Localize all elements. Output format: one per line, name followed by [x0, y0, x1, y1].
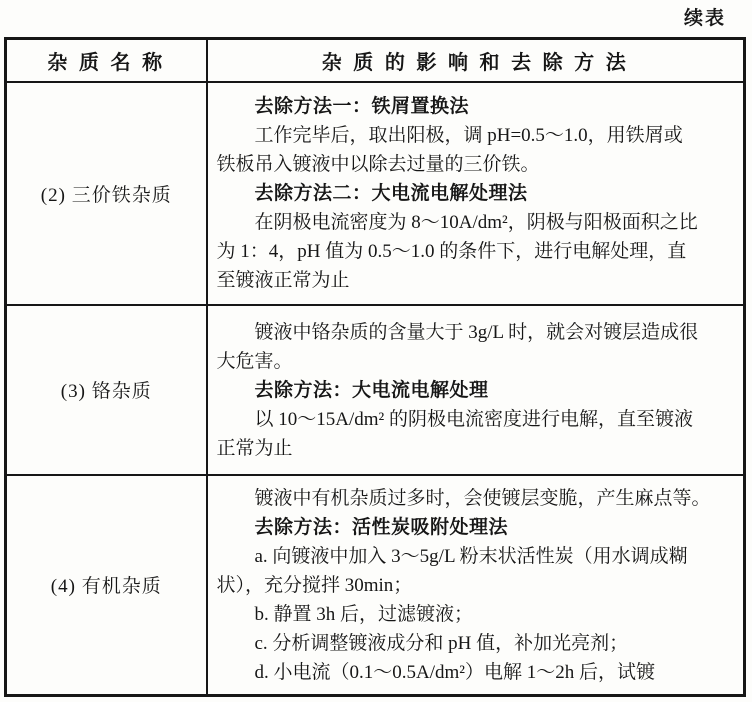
method-heading-line: 去除方法二：大电流电解处理法 [217, 179, 738, 208]
table-row: (3) 铬杂质 镀液中铬杂质的含量大于 3g/L 时，就会对镀层造成很大危害。去… [6, 305, 745, 475]
col-header-effects-and-removal: 杂 质 的 影 响 和 去 除 方 法 [207, 39, 745, 82]
impurity-name-cell: (3) 铬杂质 [6, 305, 207, 475]
col-header-impurity-name: 杂 质 名 称 [6, 39, 207, 82]
table-row: (4) 有机杂质 镀液中有机杂质过多时，会使镀层变脆，产生麻点等。去除方法：活性… [6, 475, 745, 696]
impurity-table: 杂 质 名 称 杂 质 的 影 响 和 去 除 方 法 (2) 三价铁杂质 去除… [4, 37, 746, 697]
method-heading-line: 去除方法：活性炭吸附处理法 [217, 513, 738, 542]
impurity-method-cell: 镀液中有机杂质过多时，会使镀层变脆，产生麻点等。去除方法：活性炭吸附处理法a. … [207, 475, 745, 696]
method-lines: 去除方法一：铁屑置换法工作完毕后，取出阳极，调 pH=0.5～1.0，用铁屑或铁… [217, 83, 738, 295]
method-text-line: 以 10～15A/dm² 的阴极电流密度进行电解，直至镀液 [217, 405, 738, 434]
method-text-line: 工作完毕后，取出阳极，调 pH=0.5～1.0，用铁屑或 [217, 121, 738, 150]
method-heading-line: 去除方法一：铁屑置换法 [217, 92, 738, 121]
method-text-line: d. 小电流（0.1～0.5A/dm²）电解 1～2h 后，试镀 [217, 658, 738, 687]
impurity-method-cell: 去除方法一：铁屑置换法工作完毕后，取出阳极，调 pH=0.5～1.0，用铁屑或铁… [207, 82, 745, 305]
impurity-name: (2) 三价铁杂质 [41, 185, 172, 206]
continued-table-label: 续表 [684, 3, 726, 30]
method-text-line: 状），充分搅拌 30min； [217, 571, 738, 600]
method-text-line: 正常为止 [217, 434, 738, 463]
method-lines: 镀液中有机杂质过多时，会使镀层变脆，产生麻点等。去除方法：活性炭吸附处理法a. … [217, 476, 738, 687]
impurity-name: (4) 有机杂质 [51, 576, 162, 597]
table-header-row: 杂 质 名 称 杂 质 的 影 响 和 去 除 方 法 [6, 39, 745, 82]
table-row: (2) 三价铁杂质 去除方法一：铁屑置换法工作完毕后，取出阳极，调 pH=0.5… [6, 82, 745, 305]
method-text-line: 在阴极电流密度为 8～10A/dm²，阴极与阳极面积之比 [217, 208, 738, 237]
table-header: 杂 质 名 称 杂 质 的 影 响 和 去 除 方 法 [6, 39, 745, 82]
method-text-line: c. 分析调整镀液成分和 pH 值，补加光亮剂； [217, 629, 738, 658]
method-text-line: 至镀液正常为止 [217, 266, 738, 295]
method-text-line: 为 1：4，pH 值为 0.5～1.0 的条件下，进行电解处理，直 [217, 237, 738, 266]
method-lines: 镀液中铬杂质的含量大于 3g/L 时，就会对镀层造成很大危害。去除方法：大电流电… [217, 306, 738, 463]
method-heading-line: 去除方法：大电流电解处理 [217, 376, 738, 405]
impurity-name-cell: (4) 有机杂质 [6, 475, 207, 696]
method-text-line: 镀液中铬杂质的含量大于 3g/L 时，就会对镀层造成很 [217, 318, 738, 347]
table-body: (2) 三价铁杂质 去除方法一：铁屑置换法工作完毕后，取出阳极，调 pH=0.5… [6, 82, 745, 696]
method-text-line: 铁板吊入镀液中以除去过量的三价铁。 [217, 150, 738, 179]
impurity-method-cell: 镀液中铬杂质的含量大于 3g/L 时，就会对镀层造成很大危害。去除方法：大电流电… [207, 305, 745, 475]
method-text-line: b. 静置 3h 后，过滤镀液； [217, 600, 738, 629]
method-text-line: a. 向镀液中加入 3～5g/L 粉末状活性炭（用水调成糊 [217, 542, 738, 571]
method-text-line: 镀液中有机杂质过多时，会使镀层变脆，产生麻点等。 [217, 484, 738, 513]
impurity-name-cell: (2) 三价铁杂质 [6, 82, 207, 305]
impurity-name: (3) 铬杂质 [61, 381, 152, 402]
method-text-line: 大危害。 [217, 347, 738, 376]
